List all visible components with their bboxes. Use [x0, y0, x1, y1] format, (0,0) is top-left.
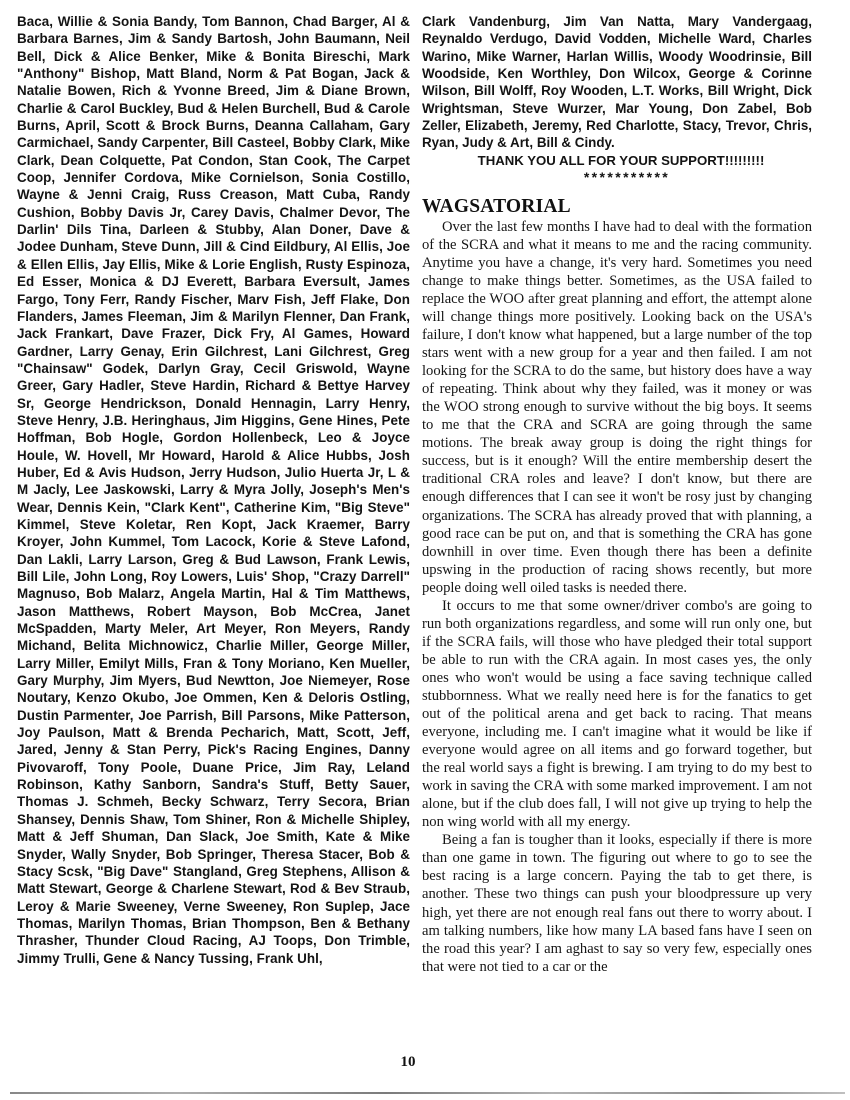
supporters-names-left: Baca, Willie & Sonia Bandy, Tom Bannon, …	[17, 13, 410, 967]
star-separator: ***********	[422, 169, 812, 186]
editorial-paragraph-3: Being a fan is tougher than it looks, es…	[422, 831, 812, 975]
page-number: 10	[393, 1054, 423, 1071]
supporters-names-right: Clark Vandenburg, Jim Van Natta, Mary Va…	[422, 13, 812, 152]
thank-you-message: THANK YOU ALL FOR YOUR SUPPORT!!!!!!!!!	[422, 152, 812, 169]
editorial-section: WAGSATORIAL Over the last few months I h…	[422, 196, 812, 976]
bottom-scan-edge-divider	[10, 1092, 845, 1094]
editorial-paragraph-1: Over the last few months I have had to d…	[422, 218, 812, 597]
newsletter-page: Baca, Willie & Sonia Bandy, Tom Bannon, …	[0, 0, 850, 1100]
editorial-title: WAGSATORIAL	[422, 196, 812, 218]
editorial-paragraph-2: It occurs to me that some owner/driver c…	[422, 597, 812, 832]
supporters-list-left-column: Baca, Willie & Sonia Bandy, Tom Bannon, …	[17, 13, 410, 967]
right-column: Clark Vandenburg, Jim Van Natta, Mary Va…	[422, 13, 812, 976]
